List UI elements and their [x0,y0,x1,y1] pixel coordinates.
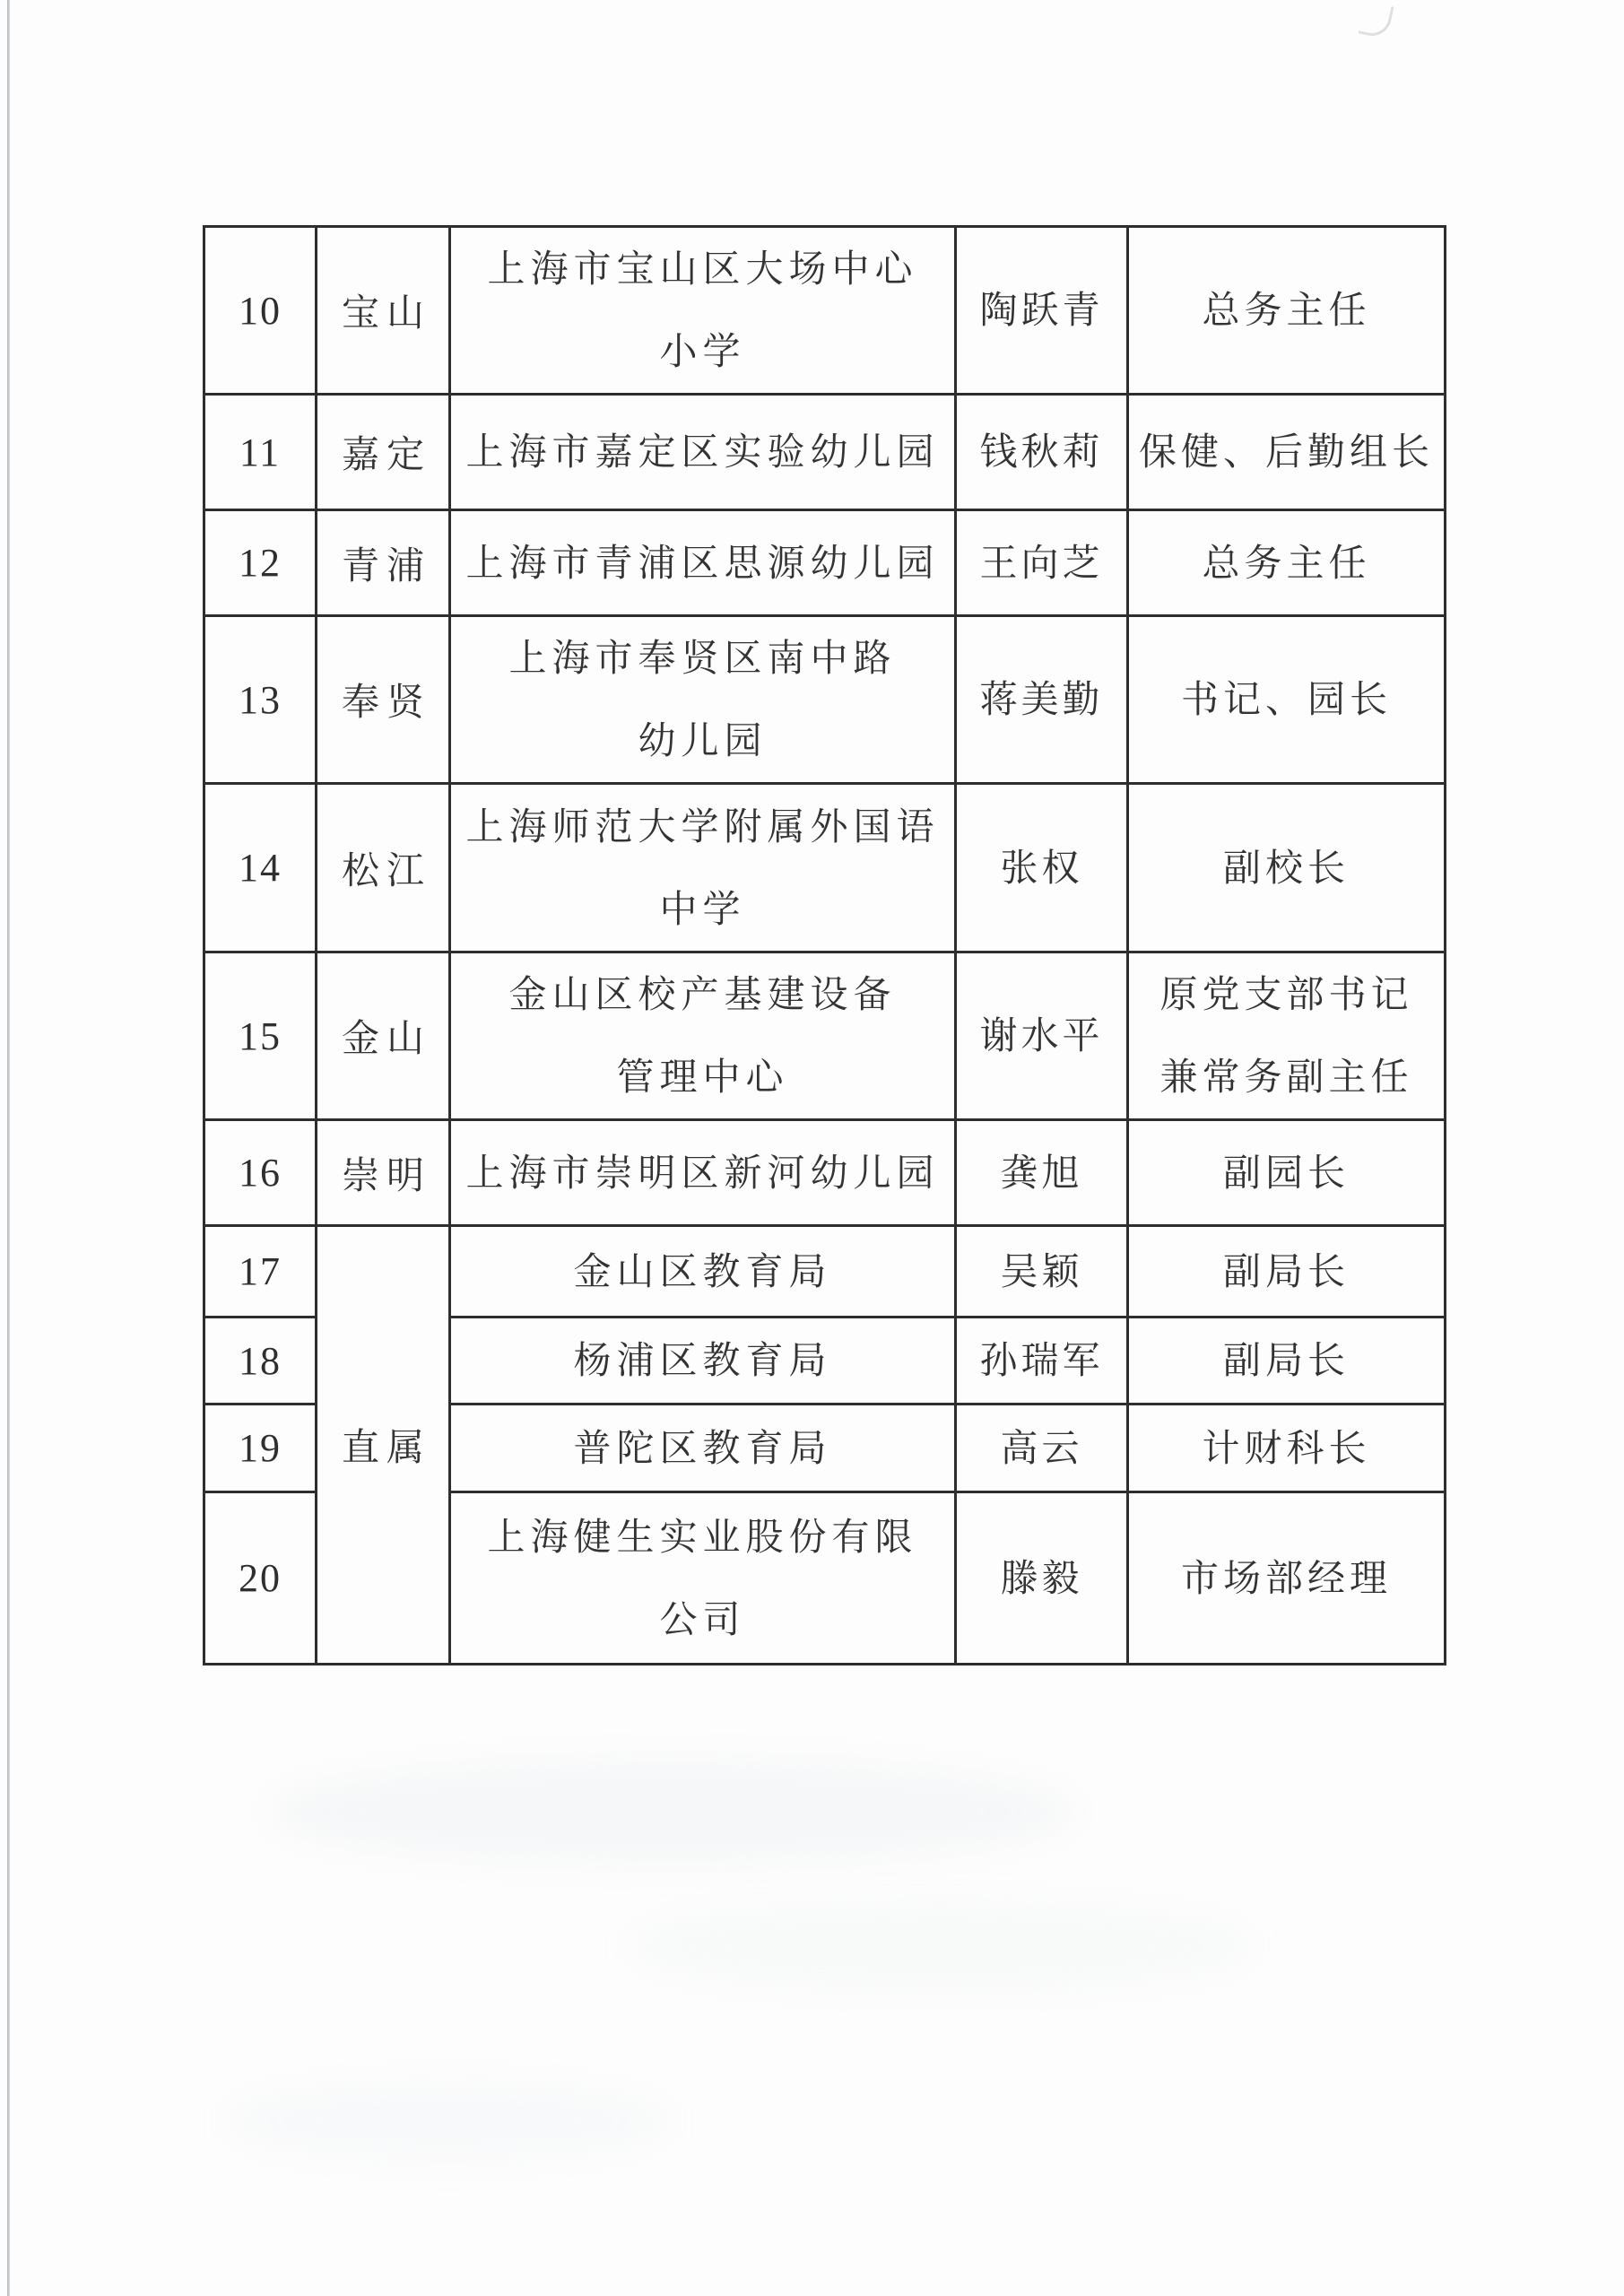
cell-name: 王向芝 [956,510,1128,616]
cell-name: 钱秋莉 [956,395,1128,510]
name-text: 陶跃青 [979,269,1103,352]
scan-edge-line [7,0,10,2296]
cell-organization: 上海市青浦区思源幼儿园 [450,510,956,616]
cell-position: 副校长 [1128,784,1446,952]
scan-smudge [269,1758,1076,1865]
org-line: 公司 [659,1578,745,1661]
position-line: 副局长 [1223,1319,1350,1402]
cell-position: 书记、园长 [1128,616,1446,784]
cell-name: 陶跃青 [956,227,1128,395]
cell-organization: 上海市嘉定区实验幼儿园 [450,395,956,510]
cell-district: 崇明 [317,1120,450,1226]
cell-no: 12 [204,510,317,616]
cell-district-merged: 直属 [317,1226,450,1665]
name-text: 谢水平 [979,995,1103,1077]
position-line: 兼常务副主任 [1159,1036,1412,1118]
scanned-page: { "page": { "background_color": "#fdfdfd… [0,0,1624,2296]
cell-position: 保健、后勤组长 [1128,395,1446,510]
org-line: 金山区教育局 [573,1231,831,1313]
name-text: 龚旭 [1000,1132,1082,1214]
org-line: 上海健生实业股份有限 [487,1496,917,1578]
cell-position: 副局长 [1128,1226,1446,1318]
position-line: 原党支部书记 [1159,953,1412,1036]
cell-no: 16 [204,1120,317,1226]
org-line: 上海师范大学附属外国语 [465,786,939,868]
name-text: 高云 [1000,1407,1082,1490]
cell-organization: 金山区教育局 [450,1226,956,1318]
cell-district: 奉贤 [317,616,450,784]
position-line: 保健、后勤组长 [1139,411,1434,493]
org-line: 上海市崇明区新河幼儿园 [465,1132,939,1214]
position-line: 书记、园长 [1181,658,1392,741]
cell-organization: 上海市崇明区新河幼儿园 [450,1120,956,1226]
position-line: 副园长 [1223,1132,1350,1214]
cell-organization: 上海师范大学附属外国语 中学 [450,784,956,952]
org-line: 杨浦区教育局 [573,1319,831,1402]
org-line: 普陀区教育局 [573,1407,831,1490]
cell-name: 龚旭 [956,1120,1128,1226]
name-text: 蒋美勤 [979,658,1103,741]
table-row: 16 崇明 上海市崇明区新河幼儿园 龚旭 副园长 [204,1120,1446,1226]
cell-no: 17 [204,1226,317,1318]
table-row: 15 金山 金山区校产基建设备 管理中心 谢水平 原党支部书记 兼常务副主任 [204,952,1446,1120]
personnel-table: 10 宝山 上海市宝山区大场中心 小学 陶跃青 总务主任 11 嘉定 上海市嘉定… [203,225,1446,1665]
table-row: 12 青浦 上海市青浦区思源幼儿园 王向芝 总务主任 [204,510,1446,616]
cell-organization: 普陀区教育局 [450,1405,956,1492]
cell-name: 孙瑞军 [956,1318,1128,1405]
org-line: 小学 [659,310,745,393]
cell-district: 金山 [317,952,450,1120]
org-line: 金山区校产基建设备 [508,953,896,1036]
table-row: 10 宝山 上海市宝山区大场中心 小学 陶跃青 总务主任 [204,227,1446,395]
cell-district: 松江 [317,784,450,952]
cell-no: 19 [204,1405,317,1492]
table-row: 13 奉贤 上海市奉贤区南中路 幼儿园 蒋美勤 书记、园长 [204,616,1446,784]
cell-no: 20 [204,1492,317,1665]
position-line: 副局长 [1223,1231,1350,1313]
position-line: 总务主任 [1202,522,1370,604]
name-text: 张权 [1000,827,1082,909]
org-line: 管理中心 [616,1036,788,1118]
cell-position: 总务主任 [1128,227,1446,395]
name-text: 吴颖 [1000,1231,1082,1313]
cell-name: 蒋美勤 [956,616,1128,784]
cell-organization: 上海市奉贤区南中路 幼儿园 [450,616,956,784]
cell-position: 副局长 [1128,1318,1446,1405]
org-line: 上海市宝山区大场中心 [487,228,917,310]
org-line: 上海市奉贤区南中路 [508,617,896,700]
position-line: 计财科长 [1202,1407,1370,1490]
table-row: 11 嘉定 上海市嘉定区实验幼儿园 钱秋莉 保健、后勤组长 [204,395,1446,510]
cell-name: 高云 [956,1405,1128,1492]
cell-no: 14 [204,784,317,952]
table-row: 17 直属 金山区教育局 吴颖 副局长 [204,1226,1446,1318]
cell-no: 11 [204,395,317,510]
cell-district: 嘉定 [317,395,450,510]
org-line: 中学 [659,868,745,951]
position-line: 市场部经理 [1181,1537,1392,1620]
cell-organization: 上海市宝山区大场中心 小学 [450,227,956,395]
name-text: 孙瑞军 [979,1319,1103,1402]
cell-district: 宝山 [317,227,450,395]
cell-organization: 上海健生实业股份有限 公司 [450,1492,956,1665]
scan-smudge [224,2081,673,2161]
position-line: 总务主任 [1202,269,1370,352]
cell-no: 18 [204,1318,317,1405]
scan-smudge [628,1901,1255,1991]
position-line: 副校长 [1223,827,1350,909]
cell-no: 13 [204,616,317,784]
cell-name: 吴颖 [956,1226,1128,1318]
name-text: 钱秋莉 [979,411,1103,493]
cell-organization: 杨浦区教育局 [450,1318,956,1405]
org-line: 幼儿园 [638,700,767,782]
cell-position: 副园长 [1128,1120,1446,1226]
cell-position: 计财科长 [1128,1405,1446,1492]
name-text: 王向芝 [979,522,1103,604]
cell-district: 青浦 [317,510,450,616]
org-line: 上海市青浦区思源幼儿园 [465,522,939,604]
cell-position: 总务主任 [1128,510,1446,616]
cell-no: 10 [204,227,317,395]
cell-position: 原党支部书记 兼常务副主任 [1128,952,1446,1120]
page-curl-mark [1359,1,1394,39]
cell-no: 15 [204,952,317,1120]
org-line: 上海市嘉定区实验幼儿园 [465,411,939,493]
name-text: 滕毅 [1000,1537,1082,1620]
cell-position: 市场部经理 [1128,1492,1446,1665]
table-row: 14 松江 上海师范大学附属外国语 中学 张权 副校长 [204,784,1446,952]
cell-name: 谢水平 [956,952,1128,1120]
cell-name: 张权 [956,784,1128,952]
cell-organization: 金山区校产基建设备 管理中心 [450,952,956,1120]
cell-name: 滕毅 [956,1492,1128,1665]
